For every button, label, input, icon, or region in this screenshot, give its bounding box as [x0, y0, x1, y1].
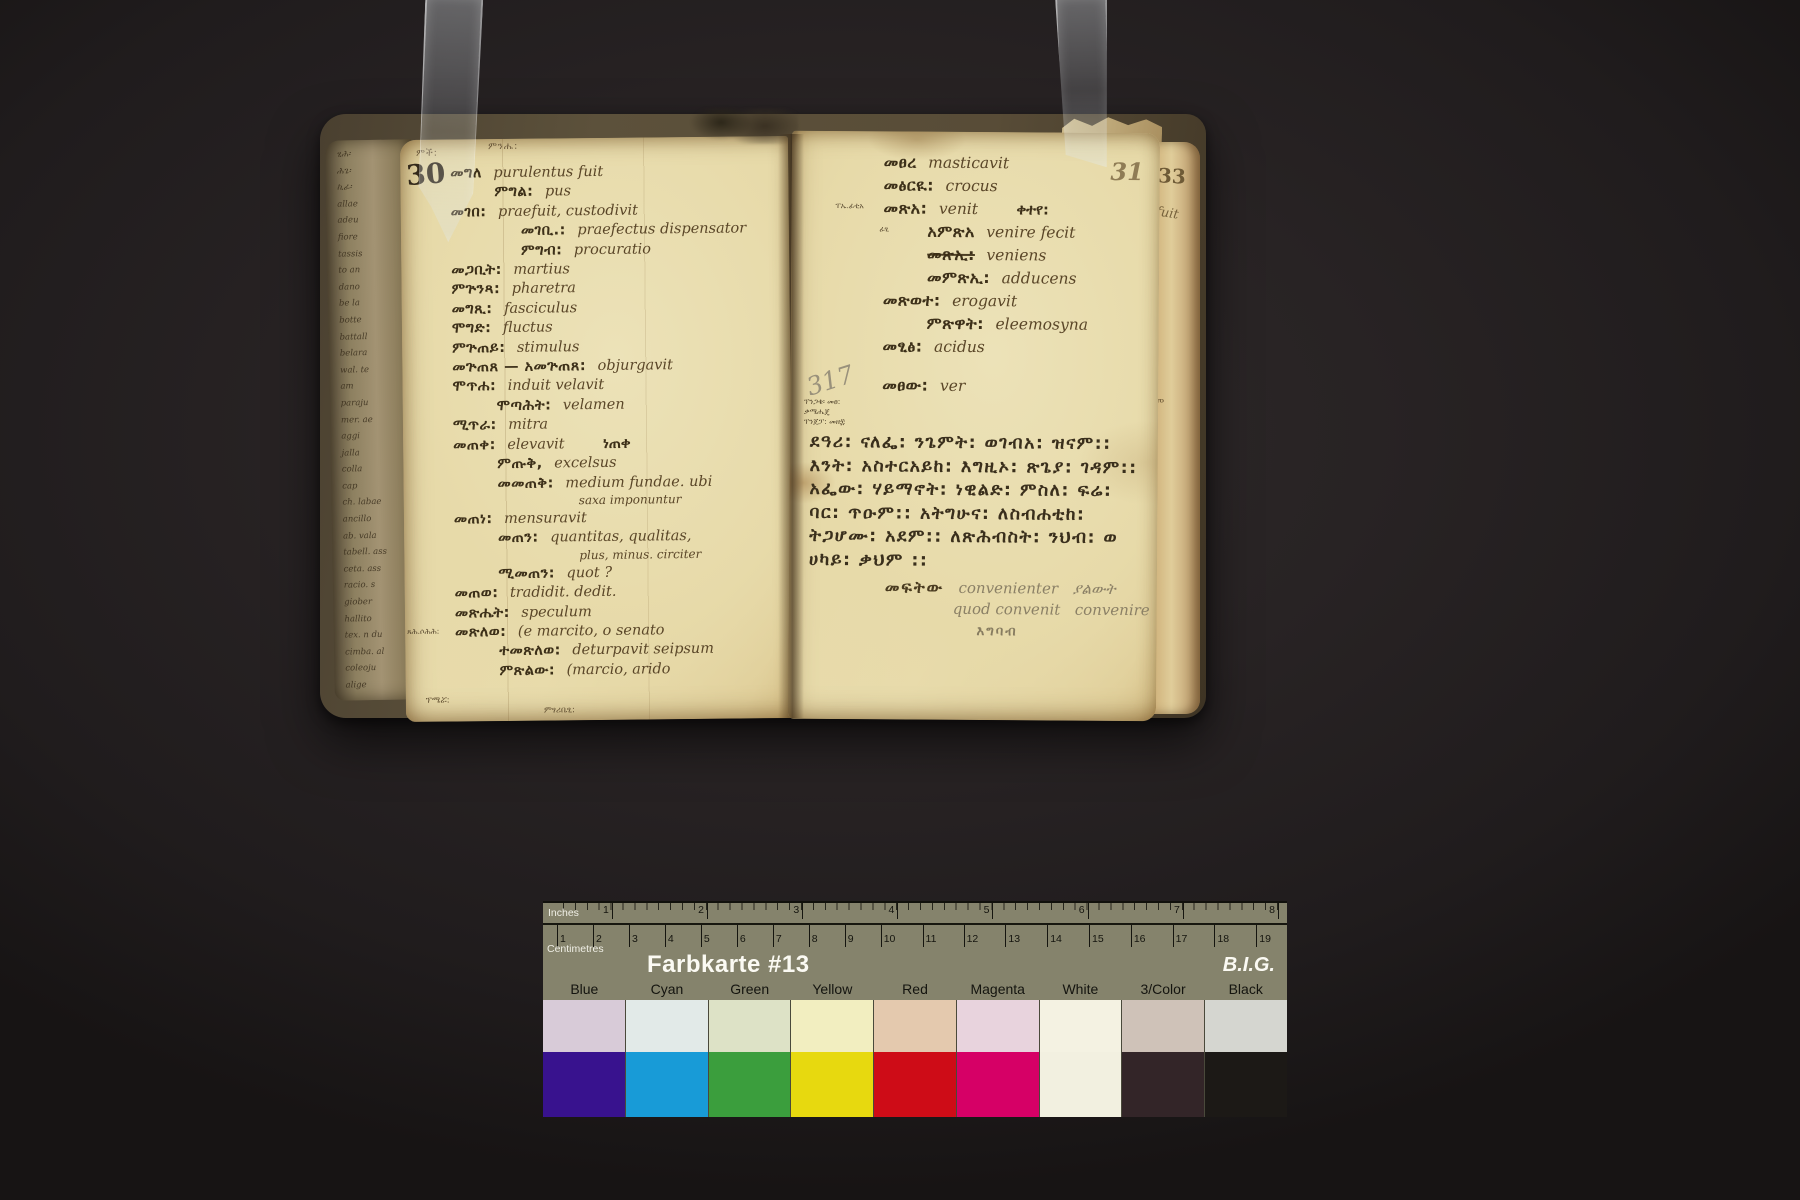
tiny-margin-note: ፕንጋቄ፡ መፀ:ቃሜሔጄፕንጀፓ: መዘ፰ [804, 397, 845, 427]
cm-tick-number: 11 [923, 925, 937, 947]
left-page-entries: መግለ purulentus fuit ምግል: pus መገበ: praefu… [450, 160, 751, 680]
latin-gloss: mitra [508, 417, 548, 433]
patch-solid [1040, 1052, 1122, 1117]
closing-line-3: እግባብ [976, 620, 1149, 642]
cm-tick-number: 16 [1131, 925, 1146, 947]
cm-tick-number: 17 [1173, 925, 1188, 947]
note-line: ፕንጀፓ: መዘ፰ [804, 417, 845, 427]
patch-column [1121, 1000, 1204, 1117]
right-page-entries: መፀረ masticavit መፅርዪ: crocus ፐኤ.ፊቲአ መጽአ: … [882, 151, 1089, 398]
latin-gloss: crocus [946, 177, 998, 195]
latin-gloss: mensuravit [504, 510, 587, 527]
cm-tick-number: 12 [964, 925, 979, 947]
paragraph-line: አፌው: ሃይማኖት: ነዊልድ: ምስለ: ፍሬ: [809, 478, 1137, 504]
dictionary-entry: መፂፅ: acidus [882, 335, 1087, 359]
cm-tick-number: 5 [701, 925, 710, 947]
geez-word: መፀው: [882, 375, 928, 394]
latin-gloss: (marcio, arido [566, 661, 670, 678]
latin-gloss: fasciculus [504, 300, 577, 317]
ruler: Inches 12345678 123456789101112131415161… [543, 903, 1287, 947]
geez-word: መጕጠጸ — አመጕጠጸ: [452, 358, 586, 375]
pencil-number: 317 [803, 359, 857, 401]
patch-solid [626, 1052, 708, 1117]
cm-tick-number: 10 [881, 925, 896, 947]
latin-gloss: eleemosyna [995, 315, 1088, 334]
geez-word: ሞጥሐ: [452, 379, 496, 395]
catchword-mid: ምፃሪቤፂ: [544, 705, 575, 715]
inch-tick-number: 4 [888, 903, 898, 919]
patch-label: White [1039, 981, 1122, 997]
fragment-line: allae [326, 195, 412, 213]
fragment-line: adeu [326, 212, 412, 230]
left-page: ምች: ምንሔ: 30 መግለ purulentus fuit ምግል: pus… [400, 136, 794, 722]
dictionary-entry: መመጠቅ: medium fundae. ubi [497, 471, 748, 493]
latin-gloss: praefectus dispensator [577, 221, 746, 239]
patch-label: Green [708, 981, 791, 997]
geez-word: ምግብ: [521, 242, 562, 258]
latin-gloss: venit [939, 200, 978, 218]
geez-word: አምጽአ [927, 222, 975, 241]
patch-label: Black [1204, 981, 1287, 997]
inch-tick-number: 8 [1269, 903, 1279, 919]
patch-tint [1040, 1000, 1122, 1052]
patch-column [1039, 1000, 1122, 1117]
cm-tick-number: 8 [809, 925, 818, 947]
margin-note: ፊፂ [879, 224, 889, 234]
photo-stage: ፂሕ፡ሕጌ፡ኪፊ፡allaeadeufioretassisto andanobe… [0, 0, 1800, 1200]
geez-word: እግባብ [977, 624, 1018, 639]
latin-gloss: speculum [521, 604, 592, 621]
latin-gloss: deturpavit seipsum [572, 641, 714, 658]
geez-word: መፂፅ: [882, 336, 922, 355]
margin-note: ፐኤ.ፊቲአ [835, 201, 863, 211]
latin-gloss: praefuit, custodivit [498, 202, 638, 219]
geez-paragraph: ደዓሪ: ናለፌ: ንጌምት: ወገብአ: ዝናም::እንት: አስተርአይከ:… [809, 431, 1138, 574]
latin-gloss: tradidit. dedit. [510, 584, 617, 601]
latin-gloss: objurgavit [597, 357, 673, 374]
geez-word: ምጕንጻ: [451, 281, 500, 298]
inches-label: Inches [548, 907, 579, 919]
page-number-31: 31 [1110, 157, 1144, 186]
geez-word: መጠወ: [455, 585, 499, 601]
spine-fray-threads [688, 108, 798, 144]
cm-tick-number: 15 [1089, 925, 1104, 947]
geez-word: መጽለወ: [455, 624, 506, 641]
latin-gloss: venire fecit [986, 223, 1075, 242]
geez-word: መጠን: [498, 530, 539, 546]
latin-gloss: stimulus [517, 339, 580, 356]
latin-gloss: convenienter [958, 579, 1058, 598]
note-line: ፕንጋቄ፡ መፀ: [804, 397, 845, 407]
dictionary-entry: ምጽልው: (marcio, arido [499, 658, 750, 680]
latin-gloss: ver [940, 377, 965, 395]
geez-word: ምጕጠይ: [452, 340, 506, 357]
geez-word: ምጽዋት: [927, 314, 985, 333]
patch-tint [874, 1000, 956, 1052]
geez-word: መምጽኢ: [927, 268, 990, 287]
dictionary-entry: ምግል: pus [494, 180, 745, 202]
dictionary-entry: መጽኢ: veniens [927, 244, 1088, 268]
dictionary-entry: saxa imponuntur [572, 490, 749, 508]
inch-tick-number: 3 [793, 903, 803, 919]
geez-word: ምጡቅ, [497, 456, 543, 472]
geez-word: ሚመጠን: [498, 565, 555, 582]
latin-gloss: procuratio [574, 241, 651, 258]
patch-grid [543, 1000, 1287, 1117]
patch-label: Red [874, 981, 957, 997]
card-brand: B.I.G. [1223, 954, 1275, 977]
dictionary-entry: መፀረ masticavit [884, 151, 1089, 175]
patch-tint [791, 1000, 873, 1052]
dictionary-entry: ምጡቅ, excelsus [497, 452, 748, 474]
latin-gloss: purulentus fuit [493, 164, 603, 181]
latin-gloss: elevavit [507, 436, 564, 453]
inch-tick-number: 7 [1174, 903, 1184, 919]
closing-line-2: quod convenit convenire [943, 599, 1150, 621]
dictionary-entry: ምጽዋት: eleemosyna [927, 313, 1088, 337]
paragraph-line: ትጋሆሙ: አደም:: ለጽሕብስት: ንህብ: ወ [809, 525, 1137, 551]
cm-tick-number: 18 [1214, 925, 1229, 947]
patch-column [873, 1000, 956, 1117]
geez-word: መፅርዪ: [884, 175, 935, 194]
extra-geez: ነጠቀ [603, 435, 631, 451]
cm-tick-number: 6 [737, 925, 746, 947]
paragraph-line: ደዓሪ: ናለፌ: ንጌምት: ወገብአ: ዝናም:: [810, 431, 1138, 457]
geez-word: መጠቀ: [453, 437, 496, 453]
cm-tick-number: 7 [773, 925, 782, 947]
patch-tint [543, 1000, 625, 1052]
cm-tick-number: 9 [845, 925, 854, 947]
patch-solid [957, 1052, 1039, 1117]
cm-tick-number: 13 [1005, 925, 1020, 947]
patch-column [543, 1000, 625, 1117]
geez-gloss: ያልውት [1072, 580, 1115, 598]
inch-tick-number: 6 [1079, 903, 1089, 919]
cm-scale: 12345678910111213141516171819 [557, 925, 1271, 947]
latin-gloss: quot ? [566, 565, 612, 581]
paragraph-line: ሀካይ: ቃህም :: [809, 548, 1137, 574]
inch-tick-number: 2 [698, 903, 708, 919]
dictionary-entry: መፅርዪ: crocus [884, 174, 1089, 198]
geez-word: መጋቢት: [451, 262, 502, 279]
note-line: ቃሜሔጄ [804, 407, 845, 417]
geez-word: መፀረ [884, 152, 917, 171]
geez-word: ሞጣሕት: [497, 397, 552, 414]
centimetres-label: Centimetres [547, 943, 604, 955]
closing-entry: መፍትው convenienter ያልውት quod convenit con… [885, 577, 1150, 642]
cm-tick-number: 19 [1256, 925, 1271, 947]
dictionary-entry: መጽወተ: erogavit [883, 289, 1088, 313]
latin-gloss: veniens [986, 246, 1046, 264]
geez-word: ሞግድ: [452, 320, 492, 336]
dictionary-entry: ሞጣሕት: velamen [497, 393, 748, 415]
patch-labels: BlueCyanGreenYellowRedMagentaWhite3/Colo… [543, 981, 1287, 997]
patch-tint [709, 1000, 791, 1052]
paragraph-line: እንት: አስተርአይከ: እግዚኦ: ጽጌያ: ገዳም:: [810, 454, 1138, 480]
latin-gloss: quod convenit [953, 600, 1061, 619]
patch-column [708, 1000, 791, 1117]
latin-gloss: saxa imponuntur [579, 492, 682, 507]
latin-gloss: pus [545, 184, 571, 200]
geez-word: መመጠቅ: [497, 475, 553, 492]
geez-word: መጽወተ: [883, 290, 941, 309]
latin-gloss: excelsus [554, 455, 616, 472]
geez-word: መጽሔት: [455, 604, 510, 621]
latin-gloss: plus, minus. circiter [579, 547, 701, 562]
fragment-line: ሕጌ፡ [326, 162, 412, 180]
latin-gloss: pharetra [512, 281, 576, 298]
patch-tint [626, 1000, 708, 1052]
patch-label: Cyan [626, 981, 709, 997]
cm-tick-number: 3 [629, 925, 638, 947]
geez-word: ሚጥራ: [453, 417, 497, 433]
latin-gloss-faint: convenire [1075, 601, 1150, 620]
patch-label: Yellow [791, 981, 874, 997]
edge-page-number: 33 [1157, 163, 1186, 188]
dictionary-entry: ተመጽለወ: deturpavit seipsum [499, 639, 750, 661]
geez-word: መፍትው [885, 577, 944, 596]
patch-solid [1205, 1052, 1287, 1117]
latin-gloss: martius [513, 261, 570, 278]
dictionary-entry: መጠን: quantitas, qualitas, [498, 526, 749, 548]
geez-word: ምግል: [494, 184, 533, 200]
patch-column [956, 1000, 1039, 1117]
latin-gloss: erogavit [952, 292, 1017, 310]
dictionary-entry: ፐኤ.ፊቲአ መጽአ: venit ቀተየ: [883, 197, 1088, 221]
latin-gloss: induit velavit [508, 377, 605, 394]
dictionary-entry: መምጽኢ: adducens [927, 267, 1088, 291]
closing-line-1: መፍትው convenienter ያልውት [885, 577, 1150, 600]
geez-word: ምጽልው: [499, 662, 555, 679]
latin-gloss: quantitas, qualitas, [550, 528, 691, 545]
fragment-line: ፂሕ፡ [325, 145, 411, 163]
patch-solid [874, 1052, 956, 1117]
patch-tint [1122, 1000, 1204, 1052]
extra-geez: ቀተየ: [1016, 202, 1049, 218]
fragment-line: ኪፊ፡ [326, 178, 412, 196]
geez-word: መጽኢ: [927, 245, 975, 264]
catchword-left: ፕሜሯ: [426, 696, 450, 706]
inch-tick-number: 1 [603, 903, 613, 919]
patch-solid [709, 1052, 791, 1117]
dictionary-entry: መገቢ.: praefectus dispensator [521, 219, 746, 241]
patch-solid [543, 1052, 625, 1117]
geez-word: መግጺ: [452, 301, 493, 317]
latin-gloss: masticavit [928, 154, 1009, 173]
running-head-mid: ምንሔ: [488, 141, 518, 152]
patch-tint [1205, 1000, 1287, 1052]
patch-label: 3/Color [1122, 981, 1205, 997]
patch-column [625, 1000, 708, 1117]
latin-gloss: (e marcito, o senato [518, 622, 665, 640]
paragraph-line: ባር: ጥዑም:: አትግሁና: ለስብሐቲከ: [809, 501, 1137, 527]
latin-gloss: velamen [563, 397, 625, 414]
geez-word: መገቢ.: [521, 223, 566, 239]
patch-label: Blue [543, 981, 626, 997]
latin-gloss: fluctus [503, 320, 553, 337]
dictionary-entry: 317 መፀው: ver [882, 374, 1087, 398]
latin-gloss: medium fundae. ubi [565, 473, 712, 491]
latin-gloss: acidus [934, 338, 985, 356]
inch-scale: 12345678 [603, 903, 1279, 923]
patch-tint [957, 1000, 1039, 1052]
geez-word: ተመጽለወ: [499, 643, 561, 660]
patch-solid [1122, 1052, 1204, 1117]
patch-label: Magenta [956, 981, 1039, 997]
cm-tick-number: 14 [1047, 925, 1062, 947]
latin-gloss: adducens [1002, 269, 1077, 288]
right-page: 31 መፀረ masticavit መፅርዪ: crocus ፐኤ.ፊቲአ [788, 131, 1160, 722]
cm-tick-number: 4 [665, 925, 674, 947]
card-title: Farbkarte #13 [647, 951, 810, 979]
dictionary-entry: ምግብ: procuratio [521, 238, 746, 260]
dictionary-entry: plus, minus. circiter [572, 545, 749, 563]
inch-tick-number: 5 [984, 903, 994, 919]
dictionary-entry: ፊፂ አምጽአ venire fecit [927, 221, 1088, 245]
patch-column [1204, 1000, 1287, 1117]
margin-note: ጸሕ.ሶሕሕ: [407, 627, 439, 637]
patch-solid [791, 1052, 873, 1117]
geez-word: መጽአ: [883, 198, 927, 217]
patch-column [790, 1000, 873, 1117]
color-calibration-card: Inches 12345678 123456789101112131415161… [543, 901, 1287, 1117]
geez-word: መጠነ: [454, 511, 493, 527]
dictionary-entry: ሚመጠን: quot ? [498, 561, 749, 583]
